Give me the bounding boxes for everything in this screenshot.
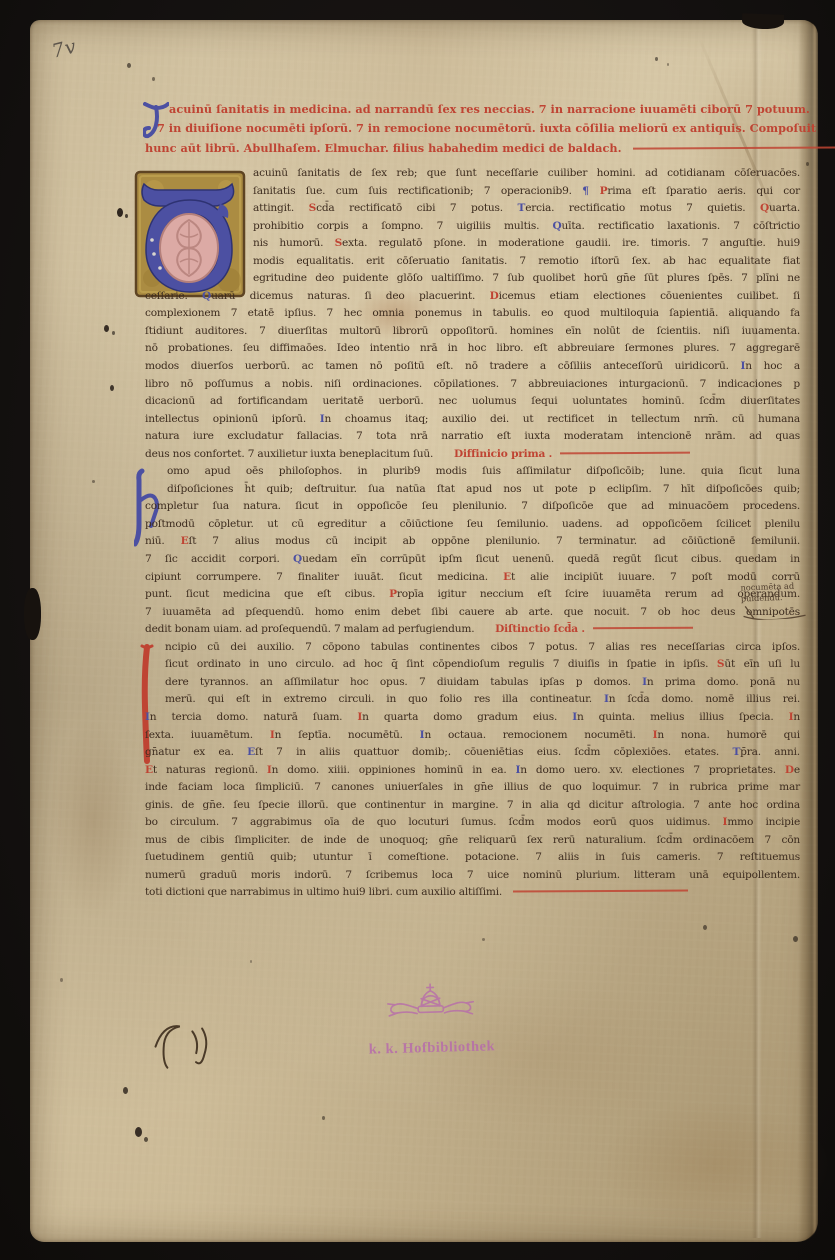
text-line: attingit. Scd̄a rectificatō cibi 7 potus… xyxy=(253,200,800,218)
text-line: diſpoſiciones h̄t quib; deſtruitur. ſua … xyxy=(167,481,800,499)
text-line: In tercia domo. naturā ſuam. In quarta d… xyxy=(145,709,800,727)
library-stamp: k. k. Hofbibliothek xyxy=(367,980,495,1058)
crown-icon xyxy=(375,981,486,1036)
ink-spot xyxy=(482,938,485,941)
ink-spot xyxy=(123,1087,128,1094)
margin-note: nocumēta ad puidendū. xyxy=(740,580,827,621)
text-line: deus nos confortet. 7 auxilietur iuxta b… xyxy=(145,446,800,464)
ink-spot xyxy=(806,162,809,166)
text-line: niū. Eſt 7 alius modus cū incipit ab opp… xyxy=(145,533,800,551)
ink-spot xyxy=(112,331,115,335)
text-block: acuinū ſanitatis de ſex reb; que ſunt ne… xyxy=(145,165,800,902)
ink-spot xyxy=(104,325,109,332)
heading-rule xyxy=(560,450,690,454)
text-line: modis equalitatis. erit cōſeruatio ſanit… xyxy=(253,253,800,271)
text-line: merū. qui eſt in extremo circuli. in quo… xyxy=(165,691,800,709)
text-line: egritudine deo puidente glōſo ualtiſſimo… xyxy=(253,270,800,288)
ink-spot xyxy=(60,978,63,982)
text-line: poſtmodū cōpletur. ut cū egreditur a cōi… xyxy=(145,516,800,534)
text-line: nō probationes. ſeu diffimaōes. Ideo int… xyxy=(145,340,800,358)
torn-edge-notch xyxy=(24,588,41,640)
text-line: 7 iuuamēta ad pſequendū. homo enim debet… xyxy=(145,604,800,622)
ink-inscription xyxy=(147,1015,224,1087)
text-line: acuinū ſanitatis de ſex reb; que ſunt ne… xyxy=(253,165,800,183)
text-line: ſtidiunt auditores. 7 diuerſitas multorū… xyxy=(145,323,800,341)
text-line: acuinū ſanitatis in medicina. ad narrand… xyxy=(169,100,800,119)
page-fold-edge xyxy=(798,20,818,1242)
text-line: Et naturas regionū. In domo. xiiii. oppi… xyxy=(145,762,800,780)
text-line: libro nō poſſumus a nobis. niſi ordinaci… xyxy=(145,376,800,394)
incipit-rubric: acuinū ſanitatis in medicina. ad narrand… xyxy=(145,100,800,158)
text-line: ncipio cū dei auxilio. 7 cōpono tabulas … xyxy=(165,639,800,657)
text-line: nis humorū. Sexta. regulatō pſone. in mo… xyxy=(253,235,800,253)
margin-note-line: puidendū. xyxy=(741,590,827,603)
text-line: ginis. de gn̄e. ſeu ſpecie illorū. que c… xyxy=(145,797,800,815)
text-line: punt. ſicut medicina que eſt cibus. Prop… xyxy=(145,586,800,604)
text-line: toti dictioni que narrabimus in ultimo h… xyxy=(145,884,800,902)
ink-spot xyxy=(703,925,707,930)
text-line: dedit bonam uiam. ad proſequendū. 7 mala… xyxy=(145,621,800,639)
text-line: prohibitio corpis a ſompno. 7 uigiliis m… xyxy=(253,218,800,236)
text-line: 7 in diuiſione nocumēti ipſorū. 7 in rem… xyxy=(157,119,800,138)
text-line: ſanitatis ſue. cum ſuis rectificationib;… xyxy=(253,183,800,201)
text-line: mus de cibis ſimpliciter. de inde de uno… xyxy=(145,832,800,850)
ink-spot xyxy=(655,57,658,61)
heading-rule xyxy=(593,626,693,630)
text-line: complexionem 7 etatē ipſius. 7 hec omnia… xyxy=(145,305,800,323)
text-line: completur ſua natura. ſicut in oppoſicōe… xyxy=(145,498,800,516)
text-line: intellectus opinionū ipſorū. In choamus … xyxy=(145,411,800,429)
ink-spot xyxy=(127,63,131,68)
text-line: dicacionū ad fortificandam ueritatē uerb… xyxy=(145,393,800,411)
ink-spot xyxy=(144,1137,148,1142)
heading-distinctio-prima: Diffinicio prima . xyxy=(454,448,552,460)
heading-distinctio-secunda: Diſtinctio ſcd̄a . xyxy=(495,623,585,635)
text-line: modos diuerſos uerborū. ac tamen nō poſi… xyxy=(145,358,800,376)
ink-spot xyxy=(793,936,798,942)
ink-spot xyxy=(92,480,95,483)
text-line: ceſſarie. Quarū dicemus naturas. ſi deo … xyxy=(145,288,800,306)
ink-spot xyxy=(667,63,669,66)
stamp-label: k. k. Hofbibliothek xyxy=(369,1038,496,1058)
ink-spot xyxy=(152,77,155,81)
text-line: hunc aūt librū. Abullhaſem. Elmuchar. fi… xyxy=(145,139,800,158)
ink-spot xyxy=(110,385,114,391)
text-line: ſuetudinem gentiū quib; utuntur ī comeſt… xyxy=(145,849,800,867)
ink-spot xyxy=(117,208,123,217)
text-line: ſexta. iuuamētum. In ſeptīa. nocumētū. I… xyxy=(145,727,800,745)
text-line: omo apud oēs philoſophos. in plurib9 mod… xyxy=(167,463,800,481)
text-line: dere tyrannos. an aſſimilatur hoc opus. … xyxy=(165,674,800,692)
end-rule xyxy=(513,889,688,893)
ink-spot xyxy=(250,960,252,963)
margin-note-bracket xyxy=(741,602,812,620)
text-line: bo circulum. 7 aggrabimus oīa de quo loc… xyxy=(145,814,800,832)
text-line: natura iure excludatur fallacias. 7 tota… xyxy=(145,428,800,446)
text-line: numerū graduū moris indorū. 7 ſcribemus … xyxy=(145,867,800,885)
text-line: gn̄atur ex ea. Eſt 7 in aliis quattuor d… xyxy=(145,744,800,762)
text-line: 7 ſic accidit corpori. Quedam eīn corrūp… xyxy=(145,551,800,569)
ink-spot xyxy=(322,1116,325,1120)
ink-spot xyxy=(135,1127,142,1137)
ink-spot xyxy=(125,214,128,218)
text-line: inde faciam loca ſimpliciū. 7 canones un… xyxy=(145,779,800,797)
scan-background: 7v acuinū ſanitatis in medicina. ad narr… xyxy=(0,0,835,1260)
text-line: ſicut ordinato in uno circulo. ad hoc q̄… xyxy=(165,656,800,674)
text-line: cipiunt corrumpere. 7 finaliter iuuāt. ſ… xyxy=(145,569,800,587)
